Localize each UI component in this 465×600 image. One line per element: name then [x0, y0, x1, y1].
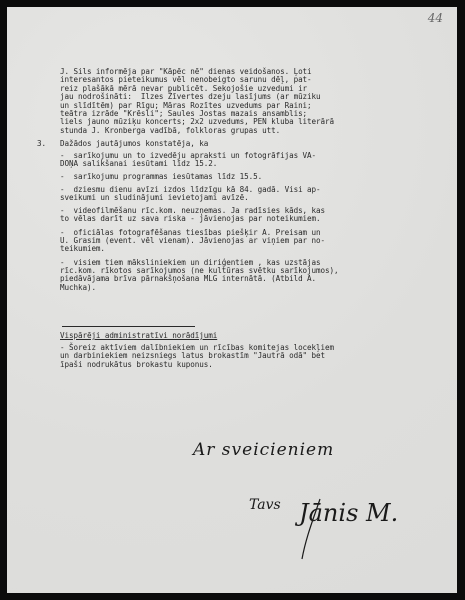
text-line: īpaši nodrukātus brokastu kuponus.	[60, 361, 213, 369]
text-line: stunda J. Kronberga vadībā, folkloras gr…	[60, 127, 280, 135]
section-heading: Dažādos jautājumos konstatēja, ka	[60, 140, 208, 148]
admin-section: Vispārēji administratīvi norādījumi - Šo…	[60, 332, 78, 382]
list-item-line: sveikumi un sludinājumi ievietojami avīz…	[60, 194, 249, 202]
admin-heading: Vispārēji administratīvi norādījumi	[60, 332, 217, 340]
signature-stroke	[292, 497, 332, 567]
list-item-line: to vēlas darīt uz sava riska - jāvienoja…	[60, 215, 321, 223]
list-item-line: DOŅA salikšanai iesūtami līdz 15.2.	[60, 160, 217, 168]
separator-line	[62, 326, 195, 327]
section-3: 3. Dažādos jautājumos konstatēja, ka - s…	[37, 140, 55, 342]
page-number: 44	[428, 11, 443, 25]
list-item-line: - sarīkojumu programmas iesūtamas līdz 1…	[60, 173, 262, 181]
list-item-line: Muchka).	[60, 284, 96, 292]
section-number: 3.	[37, 140, 46, 148]
closing-valediction: Tavs	[249, 497, 281, 513]
closing-greeting: Ar sveicieniem	[193, 440, 334, 460]
list-item-line: teikumiem.	[60, 245, 105, 253]
list-item-line: piedāvājama brīva pārnakšņošana MLG inte…	[60, 275, 316, 283]
document-page: 44 J. Sils informēja par "Kāpēc nē" dien…	[7, 7, 457, 593]
